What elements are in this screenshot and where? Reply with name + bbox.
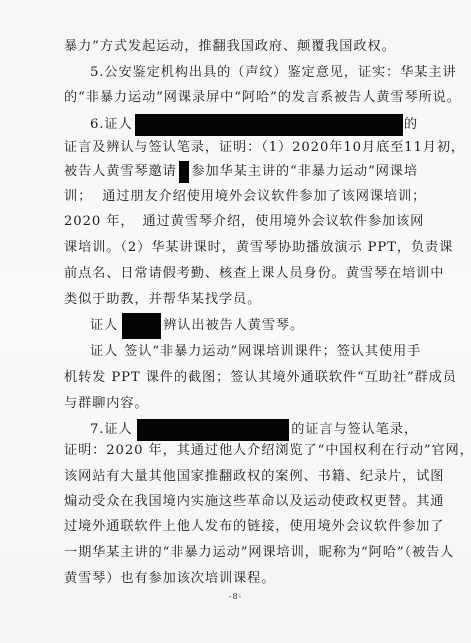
text-line: 证人 签认“非暴力运动”网课培训课件；签认其使用手 [90,342,418,362]
line-text: 前点名、日常请假考勤、核查上课人员身份。黄雪琴在培训中 [64,264,444,284]
line-text: 煽动受众在我国境内实施这些革命以及运动使政权更替。其通 [64,492,444,512]
text-line: 暴力”方式发起运动，推翻我国政府、颠覆我国政权。 [64,37,418,57]
section-7-heading: 7.证人 的证言与签认笔录， [90,420,418,440]
text-line: 被告人黄雪琴邀请 参加华某主讲的“非暴力运动”网课培 [64,162,418,182]
line-text: 5.公安鉴定机构出具的（声纹）鉴定意见，证实：华某主讲 [90,63,457,83]
text-line: 一期华某主讲的“非暴力运动”网课培训，昵称为“阿哈”（被告人 [64,543,418,563]
redaction-box [179,161,190,183]
text-line: 黄雪琴）也有参加该次培训课程。 [64,569,418,589]
line-text: 通过黄雪琴介绍，使用境外会议软件参加该网 [142,212,424,232]
line-text: 机转发 PPT 课件的截图；签认其境外通联软件“互助社”群成员 [64,368,457,388]
line-text: 6.证人 [90,115,133,135]
line-text: 证人 [90,316,118,336]
line-text: 证明：2020 年，其通过他人介绍浏览了“中国权利在行动”官网， [64,441,471,461]
line-text: 过境外通联软件上他人发布的链接，使用境外会议软件参加了 [64,517,444,537]
text-line: 类似于助教，并帮华某找学员。 [64,290,418,310]
text-line: 证人 辨认出被告人黄雪琴。 [90,316,418,336]
line-text: 与群聊内容。 [64,394,149,414]
text-line: 前点名、日常请假考勤、核查上课人员身份。黄雪琴在培训中 [64,264,418,284]
text-line: 该网站有大量其他国家推翻政权的案例、书籍、纪录片，试图 [64,467,418,487]
line-text: 2020 年， [64,212,134,232]
redaction-box [122,313,161,339]
line-text: 暴力”方式发起运动，推翻我国政府、颠覆我国政权。 [64,37,396,57]
text-line: 煽动受众在我国境内实施这些革命以及运动使政权更替。其通 [64,492,418,512]
section-5-heading: 5.公安鉴定机构出具的（声纹）鉴定意见，证实：华某主讲 [90,63,418,83]
line-text: 训； [64,187,92,207]
document-page: 暴力”方式发起运动，推翻我国政府、颠覆我国政权。 5.公安鉴定机构出具的（声纹）… [0,0,471,643]
line-text: 签认“非暴力运动”网课培训课件；签认其使用手 [124,342,421,362]
redaction-box [135,114,403,136]
line-text: 辨认出被告人黄雪琴。 [163,316,304,336]
line-text: 证言及辨认与签认笔录，证明：（1）2020年10月底至11月初， [64,138,465,158]
line-text: 参加华某主讲的“非暴力运动”网课培 [191,162,418,182]
text-line: 训； 通过朋友介绍使用境外会议软件参加了该网课培训； [64,187,418,207]
line-text: 证人 [90,342,118,362]
line-text: 课培训。（2）华某讲课时，黄雪琴协助播放演示 PPT，负责课 [64,238,453,258]
line-text: 通过朋友介绍使用境外会议软件参加了该网课培训； [102,187,426,207]
text-line: 证言及辨认与签认笔录，证明：（1）2020年10月底至11月初， [64,138,418,158]
line-text: 的“非暴力运动”网课录屏中“阿哈”的发言系被告人黄雪琴所说。 [64,88,461,108]
text-line: 课培训。（2）华某讲课时，黄雪琴协助播放演示 PPT，负责课 [64,238,418,258]
line-text: 被告人黄雪琴邀请 [64,162,177,182]
redaction-box [137,419,290,441]
text-line: 证明：2020 年，其通过他人介绍浏览了“中国权利在行动”官网， [64,441,418,461]
line-text: 的证言与签认笔录， [291,420,418,440]
text-line: 与群聊内容。 [64,394,418,414]
text-line: 的“非暴力运动”网课录屏中“阿哈”的发言系被告人黄雪琴所说。 [64,88,418,108]
line-text: 一期华某主讲的“非暴力运动”网课培训，昵称为“阿哈”（被告人 [64,543,454,563]
section-6-heading: 6.证人 的 [90,115,418,135]
text-line: 机转发 PPT 课件的截图；签认其境外通联软件“互助社”群成员 [64,368,418,388]
line-text: 的 [404,115,418,135]
line-text: 黄雪琴）也有参加该次培训课程。 [64,569,275,589]
line-text: 该网站有大量其他国家推翻政权的案例、书籍、纪录片，试图 [64,467,444,487]
line-text: 类似于助教，并帮华某找学员。 [64,290,261,310]
page-number: -8- [0,592,471,601]
line-text: 7.证人 [90,420,133,440]
text-line: 2020 年， 通过黄雪琴介绍，使用境外会议软件参加该网 [64,212,418,232]
text-line: 过境外通联软件上他人发布的链接，使用境外会议软件参加了 [64,517,418,537]
